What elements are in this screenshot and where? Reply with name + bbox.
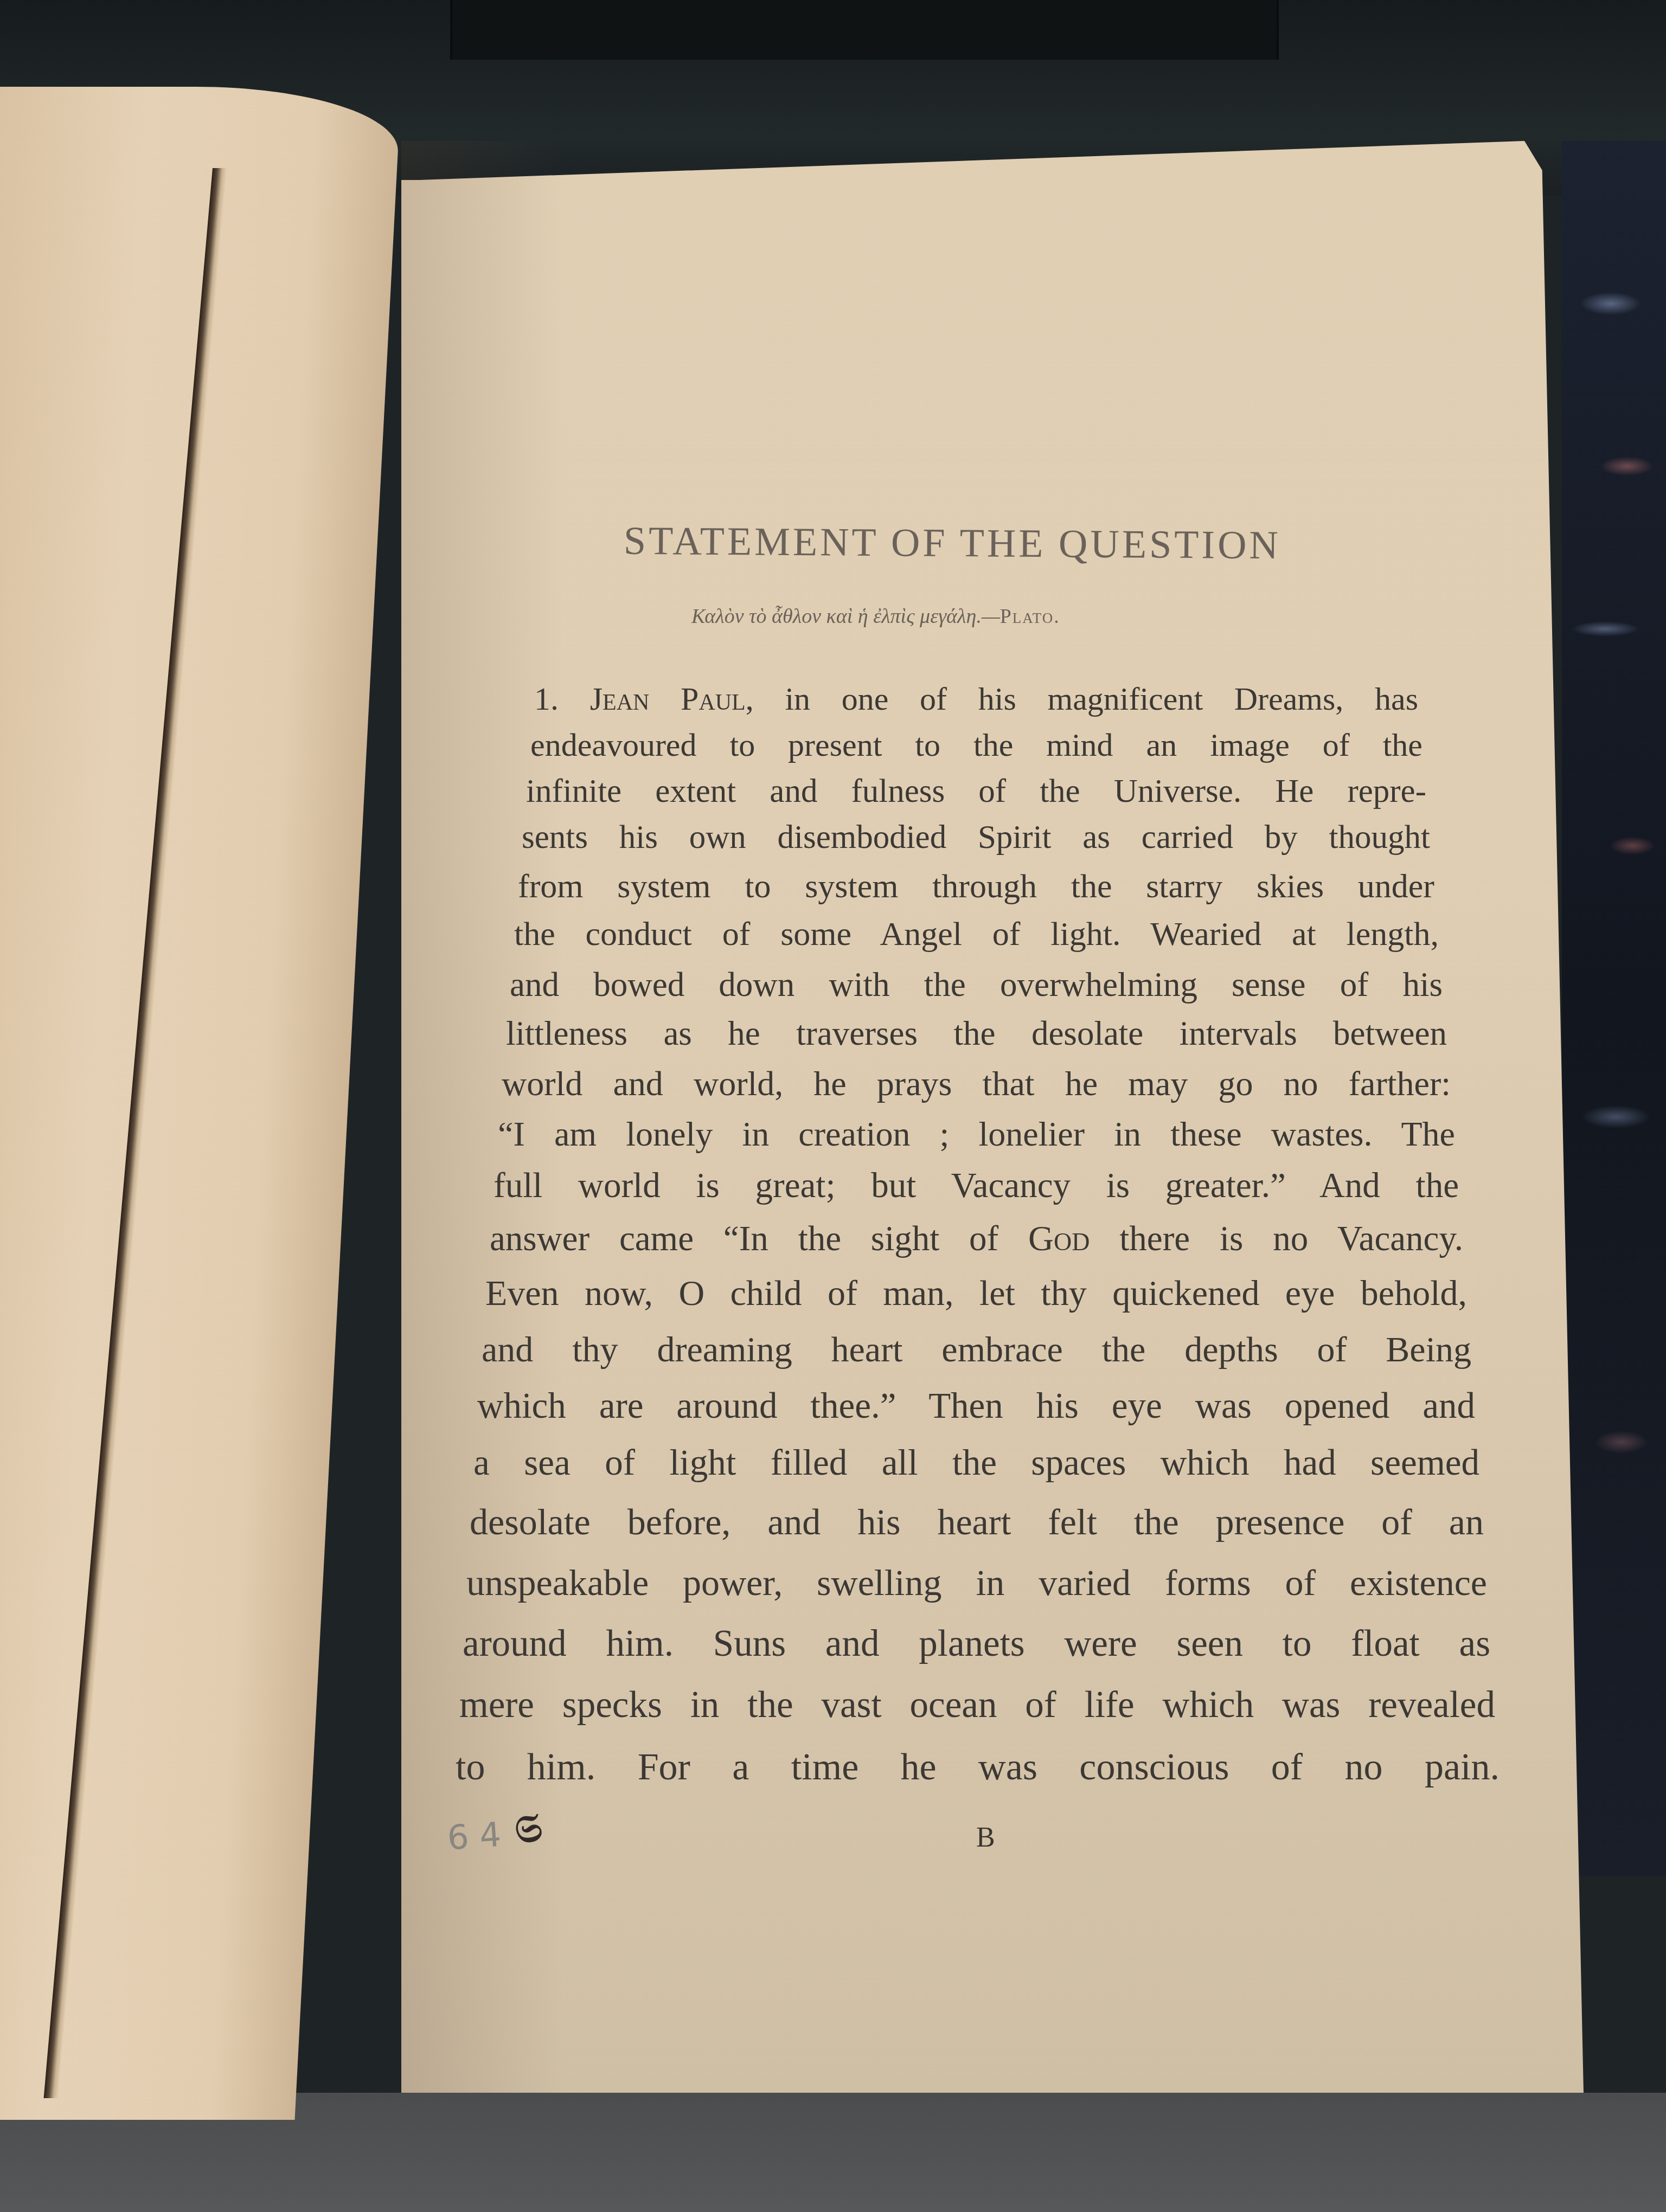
chapter-title: STATEMENT OF THE QUESTION [624,518,1281,569]
body-line: and bowed down with the overwhelming sen… [510,965,1443,1005]
author-name: Jean Paul, [590,681,754,717]
handwritten-pencil-note: 6 4 [446,1815,502,1858]
body-line: 1. Jean Paul, in one of his magnificent … [534,680,1418,718]
body-line: around him. Suns and planets were seen t… [463,1622,1490,1665]
body-line: endeavoured to present to the mind an im… [530,726,1422,764]
body-line: and thy dreaming heart embrace the depth… [482,1329,1471,1371]
body-line: infinite extent and fulness of the Unive… [526,773,1426,811]
epigraph-text: Καλὸν τὸ ἆθλον καὶ ἡ ἐλπὶς μεγάλη.— [691,605,1000,628]
ownership-stamp: 𝔖 [511,1806,546,1854]
body-line: from system to system through the starry… [518,867,1434,906]
body-line: unspeakable power, swelling in varied fo… [466,1561,1487,1604]
paragraph-number: 1. [534,681,559,717]
printer-signature-mark: B [976,1822,995,1854]
body-line: desolate before, and his heart felt the … [470,1501,1484,1544]
epigraph: Καλὸν τὸ ἆθλον καὶ ἡ ἐλπὶς μεγάλη.—Plato… [691,605,1060,628]
body-line: Even now, O child of man, let thy quicke… [485,1273,1467,1314]
body-line: to him. For a time he was conscious of n… [456,1746,1500,1789]
body-line: “I am lonely in creation ; lonelier in t… [498,1114,1455,1154]
divine-name: God [1028,1219,1090,1258]
epigraph-author: Plato. [1000,605,1060,628]
body-line: which are around thee.” Then his eye was… [477,1385,1475,1427]
body-line: world and world, he prays that he may go… [502,1064,1451,1104]
body-line: littleness as he traverses the desolate … [506,1014,1447,1053]
body-line: a sea of light filled all the spaces whi… [473,1442,1479,1484]
body-line: mere specks in the vast ocean of life wh… [459,1683,1495,1726]
body-line: answer came “In the sight of God there i… [490,1219,1463,1259]
page-content: STATEMENT OF THE QUESTION Καλὸν τὸ ἆθλον… [0,0,1666,2212]
body-line: the conduct of some Angel of light. Wear… [514,915,1439,954]
body-line: full world is great; but Vacancy is grea… [494,1166,1459,1206]
body-line: sents his own disembodied Spirit as carr… [522,819,1430,857]
